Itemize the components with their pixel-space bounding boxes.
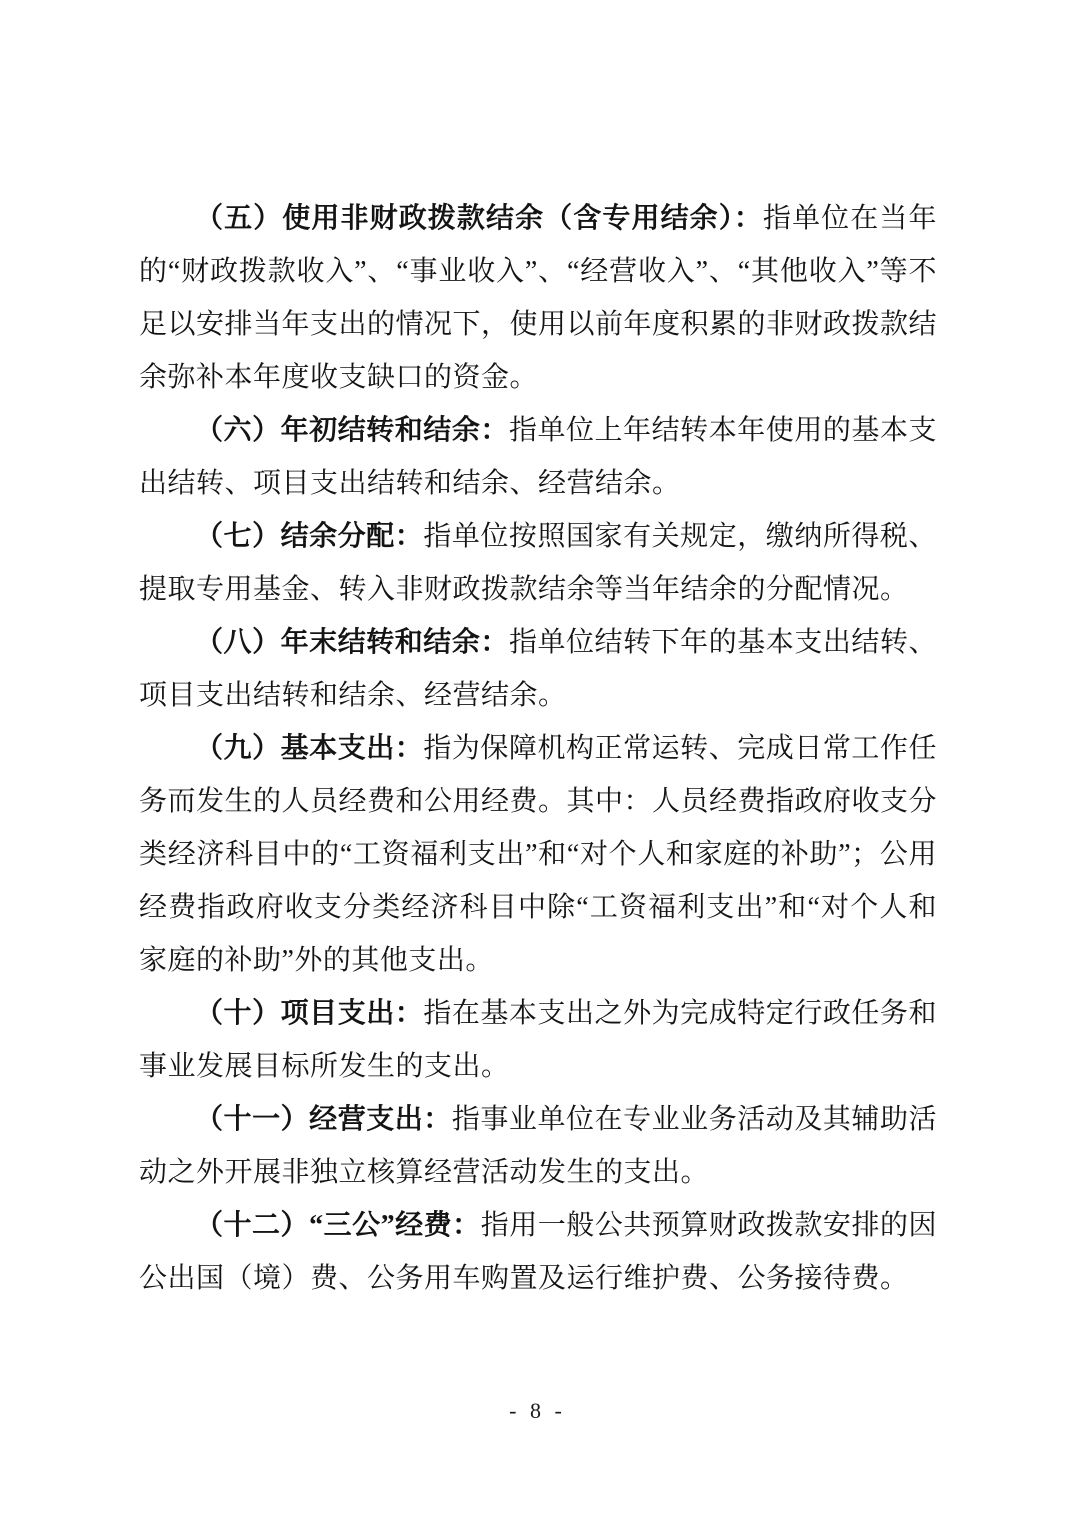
paragraph: （九）基本支出：指为保障机构正常运转、完成日常工作任务而发生的人员经费和公用经费… xyxy=(139,722,937,987)
term-label: （五）使用非财政拨款结余（含专用结余）： xyxy=(195,203,763,234)
term-label: （十）项目支出： xyxy=(195,998,423,1029)
paragraph: （八）年末结转和结余：指单位结转下年的基本支出结转、项目支出结转和结余、经营结余… xyxy=(139,616,937,722)
paragraph: （七）结余分配：指单位按照国家有关规定，缴纳所得税、提取专用基金、转入非财政拨款… xyxy=(139,510,937,616)
definition-text: 指为保障机构正常运转、完成日常工作任务而发生的人员经费和公用经费。其中：人员经费… xyxy=(139,733,937,976)
paragraph: （十一）经营支出：指事业单位在专业业务活动及其辅助活动之外开展非独立核算经营活动… xyxy=(139,1093,937,1199)
page-number: - 8 - xyxy=(0,1398,1075,1424)
term-label: （九）基本支出： xyxy=(195,733,423,764)
paragraph: （十）项目支出：指在基本支出之外为完成特定行政任务和事业发展目标所发生的支出。 xyxy=(139,987,937,1093)
term-label: （十二）“三公”经费： xyxy=(195,1210,481,1241)
paragraph: （五）使用非财政拨款结余（含专用结余）：指单位在当年的“财政拨款收入”、“事业收… xyxy=(139,192,937,404)
term-label: （六）年初结转和结余： xyxy=(195,415,509,446)
term-label: （十一）经营支出： xyxy=(195,1104,452,1135)
term-label: （八）年末结转和结余： xyxy=(195,627,509,658)
document-body: （五）使用非财政拨款结余（含专用结余）：指单位在当年的“财政拨款收入”、“事业收… xyxy=(139,192,937,1305)
paragraph: （十二）“三公”经费：指用一般公共预算财政拨款安排的因公出国（境）费、公务用车购… xyxy=(139,1199,937,1305)
paragraph: （六）年初结转和结余：指单位上年结转本年使用的基本支出结转、项目支出结转和结余、… xyxy=(139,404,937,510)
term-label: （七）结余分配： xyxy=(195,521,423,552)
document-page: （五）使用非财政拨款结余（含专用结余）：指单位在当年的“财政拨款收入”、“事业收… xyxy=(0,0,1075,1520)
